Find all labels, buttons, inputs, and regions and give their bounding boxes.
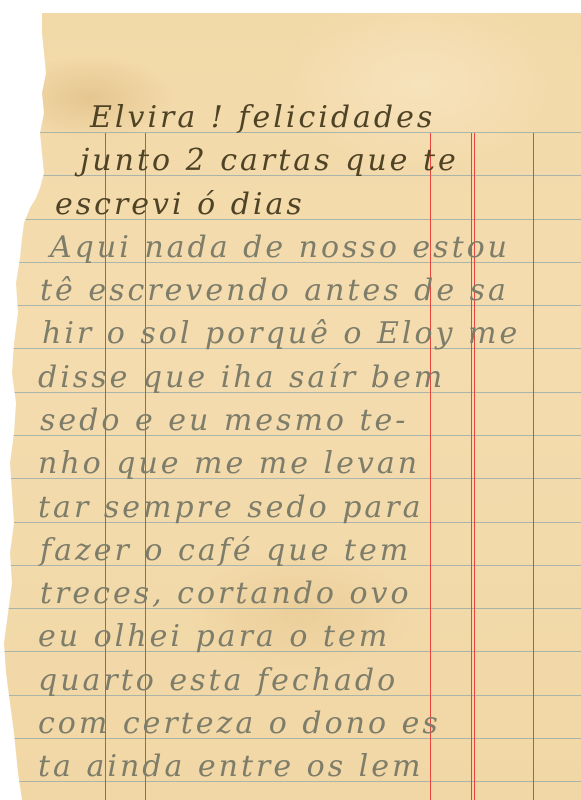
letter-paper: Elvira ! felicidades junto 2 cartas que … bbox=[0, 13, 581, 800]
letter-line-13: eu olhei para o tem bbox=[38, 622, 390, 652]
letter-line-16: ta ainda entre os lem bbox=[38, 752, 423, 782]
letter-line-3: escrevi ó dias bbox=[55, 190, 305, 220]
letter-line-11: fazer o café que tem bbox=[40, 536, 411, 566]
letter-line-15: com certeza o dono es bbox=[38, 709, 441, 739]
letter-line-4: Aqui nada de nosso estou bbox=[50, 233, 510, 263]
letter-line-8: sedo e eu mesmo te- bbox=[40, 406, 408, 436]
letter-line-7: disse que iha saír bem bbox=[38, 363, 445, 393]
letter-line-5: tê escrevendo antes de sa bbox=[40, 276, 509, 306]
letter-line-2: junto 2 cartas que te bbox=[80, 146, 459, 176]
ledger-column-line bbox=[533, 133, 534, 800]
letter-line-12: treces, cortando ovo bbox=[40, 579, 412, 609]
letter-line-9: nho que me me levan bbox=[38, 449, 420, 479]
letter-line-14: quarto esta fechado bbox=[38, 666, 398, 696]
letter-line-1: Elvira ! felicidades bbox=[90, 103, 435, 133]
letter-line-10: tar sempre sedo para bbox=[38, 493, 424, 523]
letter-line-6: hir o sol porquê o Eloy me bbox=[42, 319, 520, 349]
